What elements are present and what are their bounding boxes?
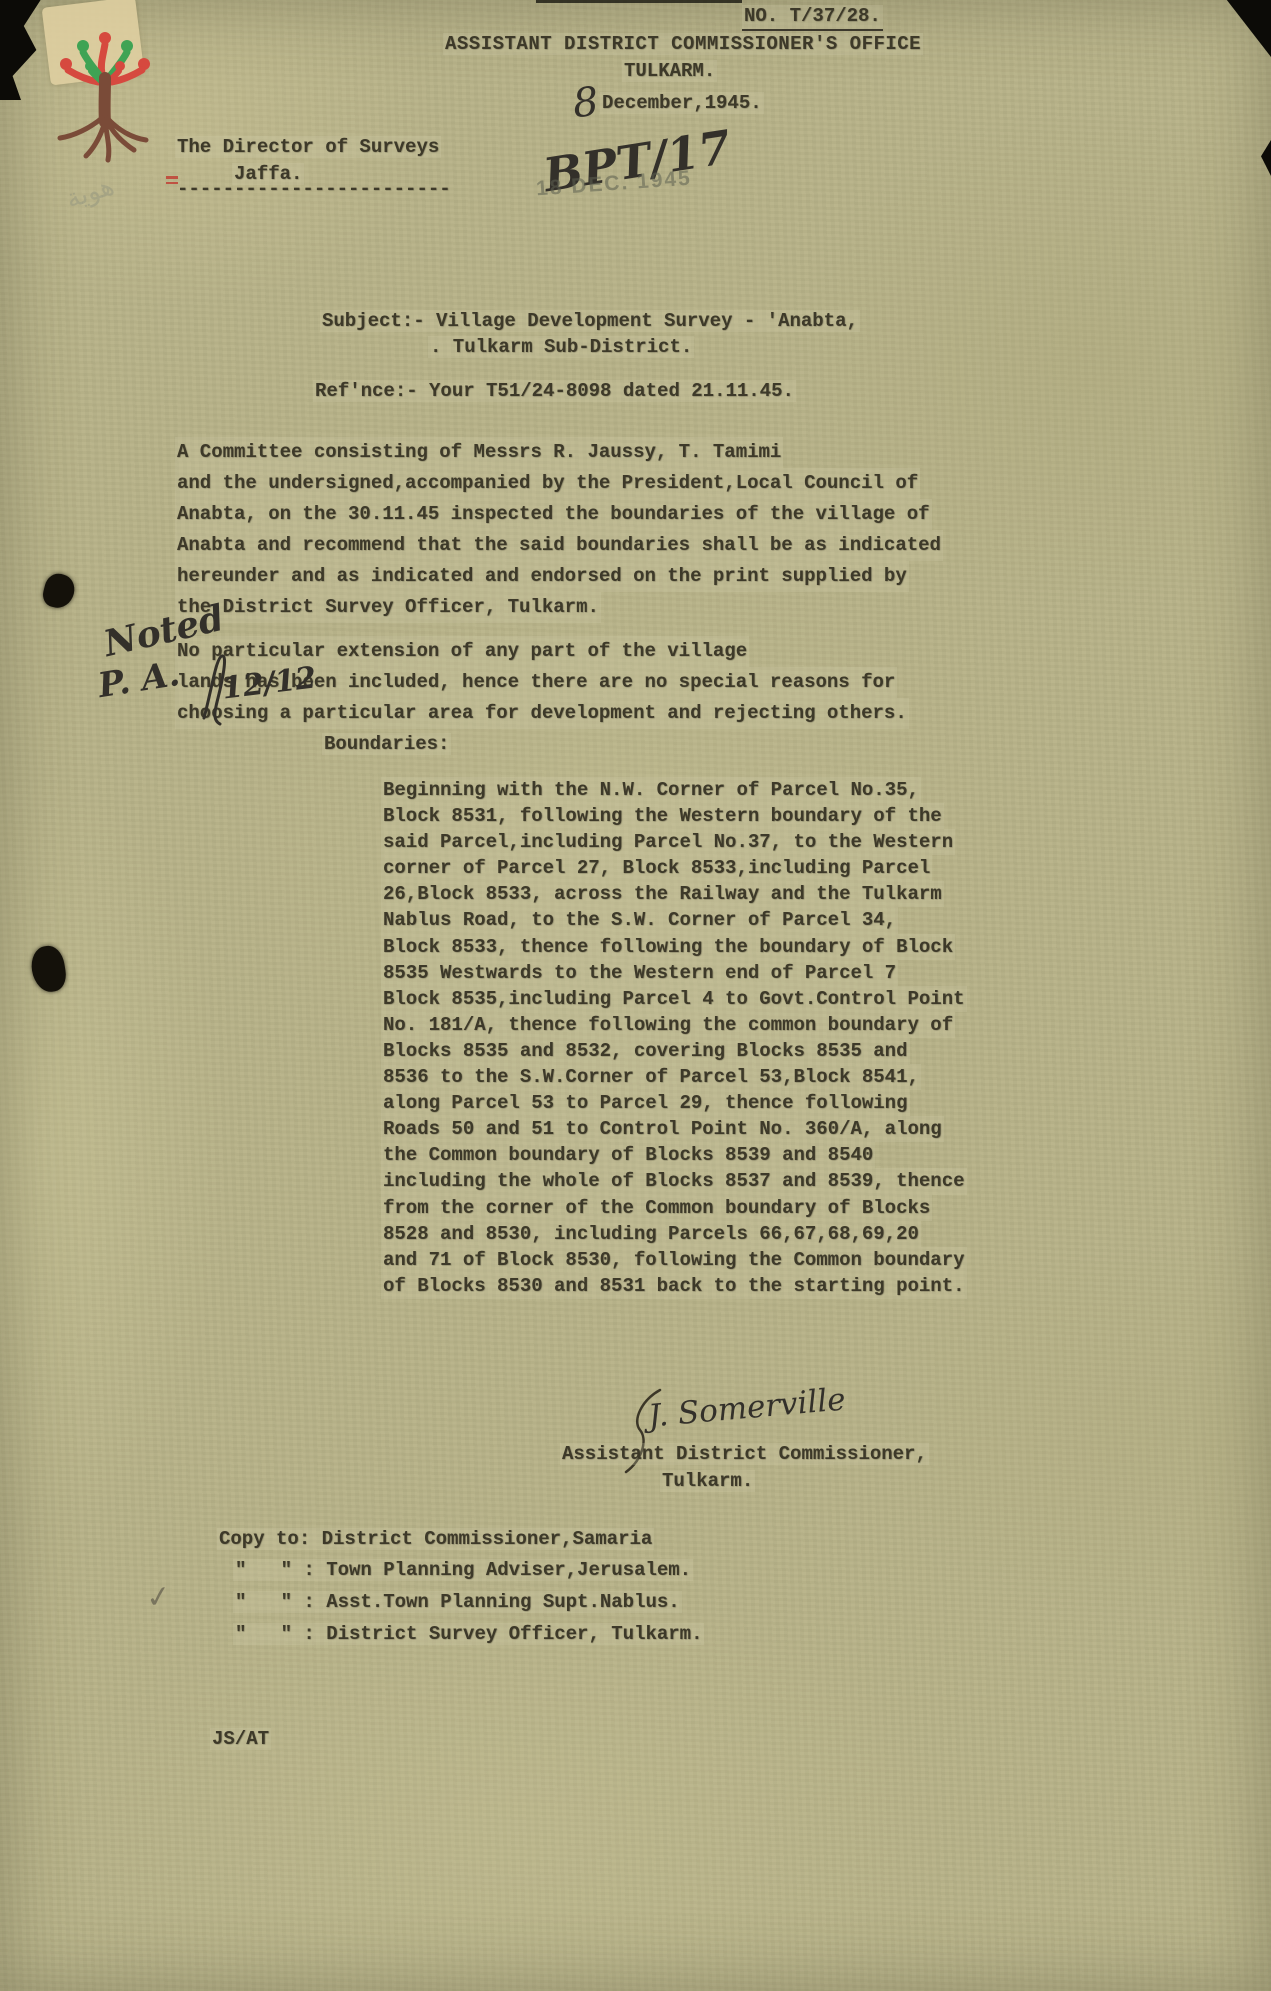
- copy-to-row: " " : District Survey Officer, Tulkarm.: [233, 1623, 704, 1645]
- boundaries-heading: Boundaries:: [322, 733, 451, 755]
- boundary-line: from the corner of the Common boundary o…: [381, 1195, 932, 1221]
- boundary-line: Beginning with the N.W. Corner of Parcel…: [381, 777, 921, 803]
- boundary-line: said Parcel,including Parcel No.37, to t…: [381, 829, 955, 855]
- body-line: Anabta and recommend that the said bound…: [175, 530, 943, 561]
- reference-line: Ref'nce:- Your T51/24-8098 dated 21.11.4…: [313, 380, 796, 402]
- body-line: Anabta, on the 30.11.45 inspected the bo…: [175, 499, 932, 530]
- boundary-line: of Blocks 8530 and 8531 back to the star…: [381, 1273, 967, 1299]
- body-line: choosing a particular area for developme…: [175, 698, 909, 729]
- date-line: December,1945.: [600, 92, 764, 114]
- boundary-line: the Common boundary of Blocks 8539 and 8…: [381, 1142, 875, 1168]
- boundary-line: Block 8535,including Parcel 4 to Govt.Co…: [381, 986, 967, 1012]
- boundary-line: corner of Parcel 27, Block 8533,includin…: [381, 855, 932, 881]
- typist-initials: JS/AT: [210, 1728, 271, 1750]
- boundary-line: 26,Block 8533, across the Railway and th…: [381, 881, 944, 907]
- paragraph-committee: A Committee consisting of Messrs R. Jaus…: [175, 437, 943, 623]
- boundary-line: Block 8533, thence following the boundar…: [381, 934, 955, 960]
- document-page: هوية NO. T/37/28. ASSISTANT DISTRICT COM…: [0, 0, 1271, 1991]
- archive-tree-logo: [50, 26, 160, 186]
- edge-nick-right: [1261, 140, 1271, 176]
- copy-to-row: " " : Asst.Town Planning Supt.Nablus.: [233, 1591, 682, 1613]
- boundary-line: 8528 and 8530, including Parcels 66,67,6…: [381, 1221, 921, 1247]
- file-reference-number: NO. T/37/28.: [742, 5, 883, 31]
- punch-hole: [40, 571, 77, 611]
- boundary-line: Block 8531, following the Western bounda…: [381, 803, 944, 829]
- subject-line-1: Subject:- Village Development Survey - '…: [320, 310, 860, 332]
- copy-to-row: Copy to: District Commissioner,Samaria: [217, 1528, 654, 1550]
- body-line: No particular extension of any part of t…: [175, 636, 749, 667]
- body-line: and the undersigned,accompanied by the P…: [175, 468, 920, 499]
- boundary-line: and 71 of Block 8530, following the Comm…: [381, 1247, 967, 1273]
- body-line: A Committee consisting of Messrs R. Jaus…: [175, 437, 783, 468]
- torn-corner-top-right: [1223, 0, 1271, 60]
- boundaries-description: Beginning with the N.W. Corner of Parcel…: [381, 777, 967, 1299]
- signatory-location: Tulkarm.: [660, 1470, 755, 1492]
- boundary-line: including the whole of Blocks 8537 and 8…: [381, 1168, 967, 1194]
- boundary-line: 8536 to the S.W.Corner of Parcel 53,Bloc…: [381, 1064, 921, 1090]
- punch-hole: [29, 944, 69, 995]
- boundary-line: 8535 Westwards to the Western end of Par…: [381, 960, 898, 986]
- handwritten-date-day: 8: [571, 79, 601, 127]
- body-line: hereunder and as indicated and endorsed …: [175, 561, 909, 592]
- subject-line-2: . Tulkarm Sub-District.: [428, 336, 694, 358]
- boundary-line: Nablus Road, to the S.W. Corner of Parce…: [381, 907, 898, 933]
- body-line: the District Survey Officer, Tulkarm.: [175, 592, 601, 623]
- addressee-rule: ------------------------: [175, 178, 453, 200]
- boundary-line: Roads 50 and 51 to Control Point No. 360…: [381, 1116, 944, 1142]
- boundary-line: Blocks 8535 and 8532, covering Blocks 85…: [381, 1038, 910, 1064]
- office-name: ASSISTANT DISTRICT COMMISSIONER'S OFFICE: [443, 33, 923, 55]
- copy-to-row: " " : Town Planning Adviser,Jerusalem.: [233, 1559, 693, 1581]
- boundary-line: along Parcel 53 to Parcel 29, thence fol…: [381, 1090, 910, 1116]
- checkmark: ✓: [144, 1578, 174, 1616]
- signatory-title: Assistant District Commissioner,: [560, 1443, 929, 1465]
- scan-edge-shadow: [536, 0, 742, 3]
- addressee-name: The Director of Surveys: [175, 136, 441, 158]
- boundary-line: No. 181/A, thence following the common b…: [381, 1012, 955, 1038]
- office-location: TULKARM.: [622, 60, 717, 82]
